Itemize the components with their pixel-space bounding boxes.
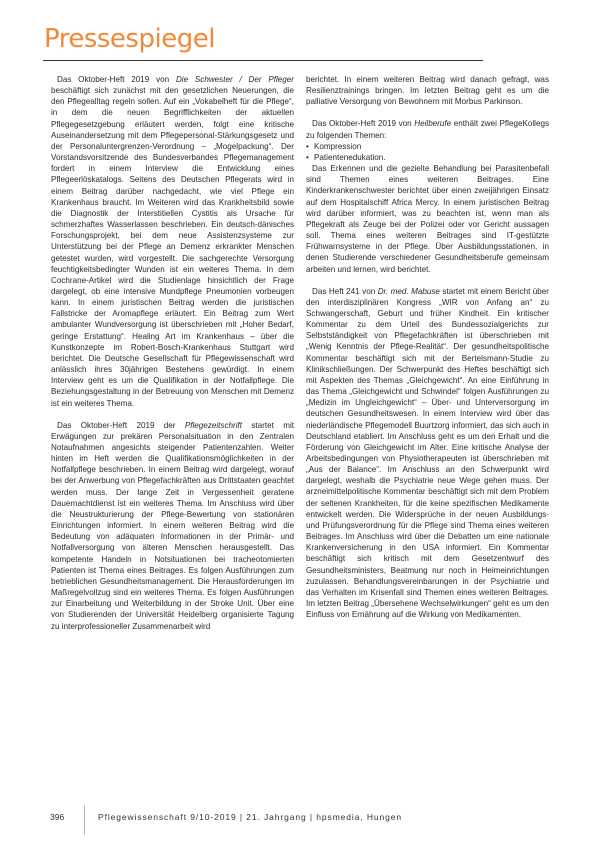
title-divider xyxy=(43,60,483,61)
journal-name: Dr. med. Mabuse xyxy=(378,287,440,296)
left-column: Das Oktober-Heft 2019 von Die Schwester … xyxy=(51,74,294,643)
text: Das Heft 241 von xyxy=(312,287,378,296)
footer-divider xyxy=(84,805,85,835)
topic-list: Kompression Patientenedukation. xyxy=(306,141,549,163)
article-pflegezeitschrift: Das Oktober-Heft 2019 der Pflegezeitschr… xyxy=(51,420,294,632)
text: Das Oktober-Heft 2019 von xyxy=(57,75,176,84)
article-die-schwester: Das Oktober-Heft 2019 von Die Schwester … xyxy=(51,74,294,409)
article-heilberufe: Das Oktober-Heft 2019 von Heilberufe ent… xyxy=(306,118,549,140)
text: Das Oktober-Heft 2019 von xyxy=(312,119,414,128)
journal-name: Heilberufe xyxy=(414,119,451,128)
page-number: 396 xyxy=(50,812,64,822)
text: beschäftigt sich zunächst mit den gesetz… xyxy=(51,86,294,407)
text: startet mit einem Bericht über den inter… xyxy=(306,287,549,620)
article-mabuse: Das Heft 241 von Dr. med. Mabuse startet… xyxy=(306,286,549,621)
article-heilberufe-continued: Das Erkennen und die gezielte Behandlung… xyxy=(306,163,549,275)
text: startet mit Erwägungen zur prekären Pers… xyxy=(51,421,294,631)
page-title: Pressespiegel xyxy=(44,24,215,54)
article-pflegezeitschrift-continued: berichtet. In einem weiteren Beitrag wir… xyxy=(306,74,549,107)
text: Das Oktober-Heft 2019 der xyxy=(57,421,185,430)
right-column: berichtet. In einem weiteren Beitrag wir… xyxy=(306,74,549,631)
list-item: Patientenedukation. xyxy=(306,152,549,163)
footer-citation: Pflegewissenschaft 9/10-2019 | 21. Jahrg… xyxy=(98,812,402,822)
journal-name: Pflegezeitschrift xyxy=(185,421,242,430)
list-item: Kompression xyxy=(306,141,549,152)
journal-name: Die Schwester / Der Pfleger xyxy=(176,75,294,84)
